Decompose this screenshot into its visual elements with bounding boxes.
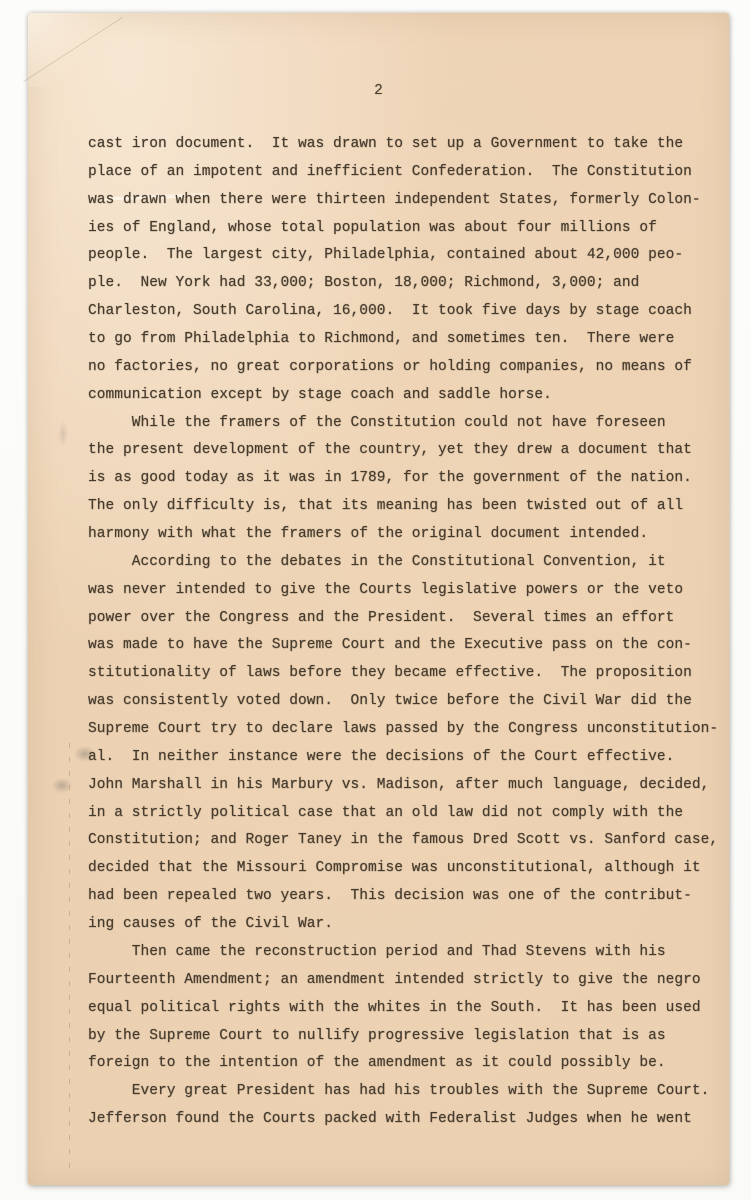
typewritten-text: cast iron document. It was drawn to set … bbox=[88, 131, 720, 1134]
typewritten-line: foreign to the intention of the amendmen… bbox=[88, 1050, 720, 1078]
typewritten-line: was made to have the Supreme Court and t… bbox=[88, 632, 720, 660]
typewritten-line: communication except by stage coach and … bbox=[88, 382, 720, 410]
typewritten-line: was never intended to give the Courts le… bbox=[88, 577, 720, 605]
typewritten-line: Charleston, South Carolina, 16,000. It t… bbox=[88, 298, 720, 326]
typewritten-line: by the Supreme Court to nullify progress… bbox=[88, 1023, 720, 1051]
paper-corner-crease bbox=[28, 13, 124, 87]
typewritten-line: ple. New York had 33,000; Boston, 18,000… bbox=[88, 270, 720, 298]
typewritten-line: ing causes of the Civil War. bbox=[88, 911, 720, 939]
typewritten-line: ies of England, whose total population w… bbox=[88, 215, 720, 243]
typewritten-line: al. In neither instance were the decisio… bbox=[88, 744, 720, 772]
typewritten-line: decided that the Missouri Compromise was… bbox=[88, 855, 720, 883]
document-page: 2 cast iron document. It was drawn to se… bbox=[28, 13, 729, 1185]
typewritten-line: cast iron document. It was drawn to set … bbox=[88, 131, 720, 159]
ink-smudge bbox=[52, 778, 72, 793]
ink-smudge bbox=[58, 421, 68, 447]
typewritten-line: The only difficulty is, that its meaning… bbox=[88, 493, 720, 521]
typewritten-line: John Marshall in his Marbury vs. Madison… bbox=[88, 772, 720, 800]
typewritten-line: Then came the reconstruction period and … bbox=[88, 939, 720, 967]
typewritten-line: is as good today as it was in 1789, for … bbox=[88, 465, 720, 493]
typewritten-line: Jefferson found the Courts packed with F… bbox=[88, 1106, 720, 1134]
typewritten-line: in a strictly political case that an old… bbox=[88, 800, 720, 828]
paper-crease-line bbox=[23, 17, 123, 82]
typewritten-line: harmony with what the framers of the ori… bbox=[88, 521, 720, 549]
typewritten-line: Fourteenth Amendment; an amendment inten… bbox=[88, 967, 720, 995]
typewritten-line: Supreme Court try to declare laws passed… bbox=[88, 716, 720, 744]
typewritten-line: the present development of the country, … bbox=[88, 437, 720, 465]
typewritten-line: was drawn when there were thirteen indep… bbox=[88, 187, 720, 215]
typewritten-line: no factories, no great corporations or h… bbox=[88, 354, 720, 382]
typewritten-line: Every great President has had his troubl… bbox=[88, 1078, 720, 1106]
typewritten-line: had been repealed two years. This decisi… bbox=[88, 883, 720, 911]
typewritten-line: While the framers of the Constitution co… bbox=[88, 410, 720, 438]
paper-fold-crease bbox=[69, 743, 70, 1175]
typewritten-line: place of an impotent and inefficient Con… bbox=[88, 159, 720, 187]
typewritten-line: to go from Philadelphia to Richmond, and… bbox=[88, 326, 720, 354]
typewritten-line: people. The largest city, Philadelphia, … bbox=[88, 242, 720, 270]
scan-background: 2 cast iron document. It was drawn to se… bbox=[0, 0, 751, 1200]
typewritten-line: power over the Congress and the Presiden… bbox=[88, 605, 720, 633]
typewritten-line: equal political rights with the whites i… bbox=[88, 995, 720, 1023]
typewritten-line: stitutionality of laws before they becam… bbox=[88, 660, 720, 688]
typewritten-line: was consistently voted down. Only twice … bbox=[88, 688, 720, 716]
typewritten-line: Constitution; and Roger Taney in the fam… bbox=[88, 827, 720, 855]
page-number: 2 bbox=[28, 83, 729, 99]
typewritten-line: According to the debates in the Constitu… bbox=[88, 549, 720, 577]
